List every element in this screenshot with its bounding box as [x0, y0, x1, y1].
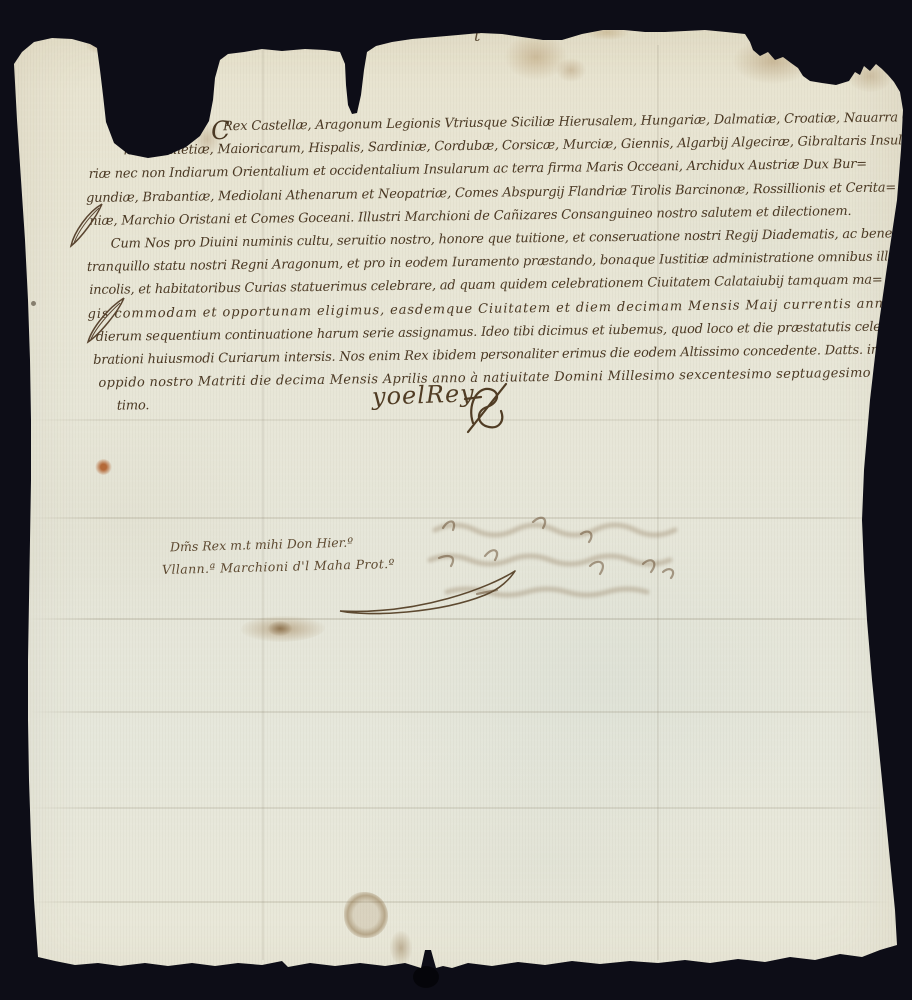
edge-vignette [0, 0, 912, 1000]
photograph-of-manuscript: t C Rex Castellæ, Aragonum Legionis Vtri… [0, 0, 912, 1000]
manuscript-paper: t C Rex Castellæ, Aragonum Legionis Vtri… [0, 0, 912, 1000]
background-speck [413, 966, 439, 988]
